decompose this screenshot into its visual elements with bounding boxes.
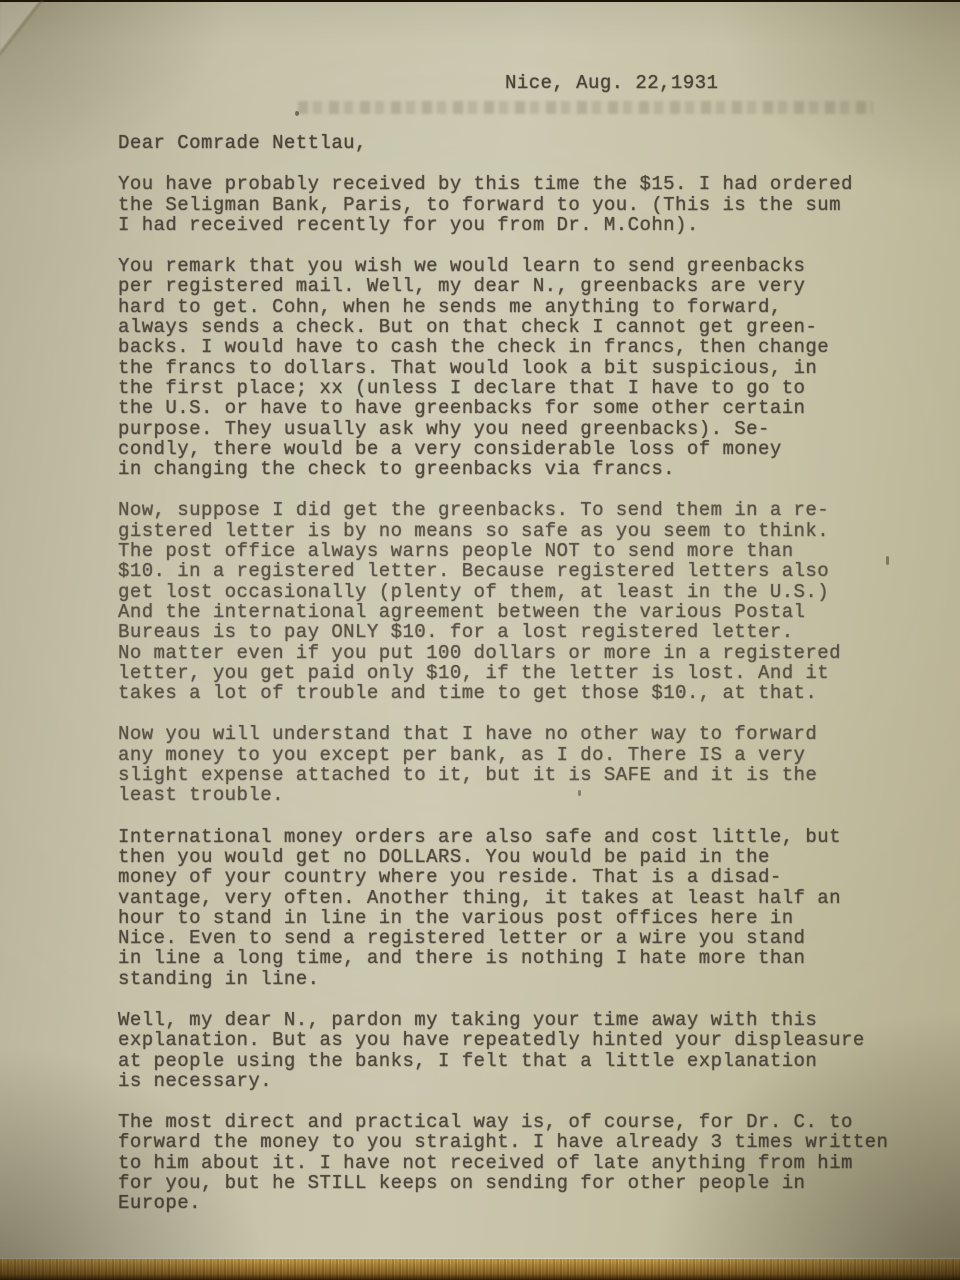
letter-paragraph: Well, my dear N., pardon my taking your … [118, 1010, 924, 1091]
letter-page: Nice, Aug. 22,1931 Dear Comrade Nettlau,… [0, 2, 960, 1259]
ink-speck [578, 790, 581, 796]
underlying-ribbed-paper [0, 1259, 960, 1280]
scanned-letter-photo: Nice, Aug. 22,1931 Dear Comrade Nettlau,… [0, 0, 960, 1280]
letter-paragraph: Now you will understand that I have no o… [118, 724, 924, 805]
ink-speck [295, 111, 299, 116]
letter-paragraph: You have probably received by this time … [118, 174, 924, 235]
letter-paragraph: The most direct and practical way is, of… [118, 1112, 924, 1213]
letter-paragraph: You remark that you wish we would learn … [118, 256, 924, 479]
ink-speck [886, 556, 889, 565]
letter-paragraph: Now, suppose I did get the greenbacks. T… [118, 500, 924, 703]
letter-paragraph: International money orders are also safe… [118, 827, 924, 989]
letter-dateline: Nice, Aug. 22,1931 [505, 73, 718, 93]
letter-body: Dear Comrade Nettlau, You have probably … [118, 133, 924, 1235]
letter-salutation: Dear Comrade Nettlau, [118, 133, 924, 153]
ghost-typing-impression [298, 101, 873, 114]
